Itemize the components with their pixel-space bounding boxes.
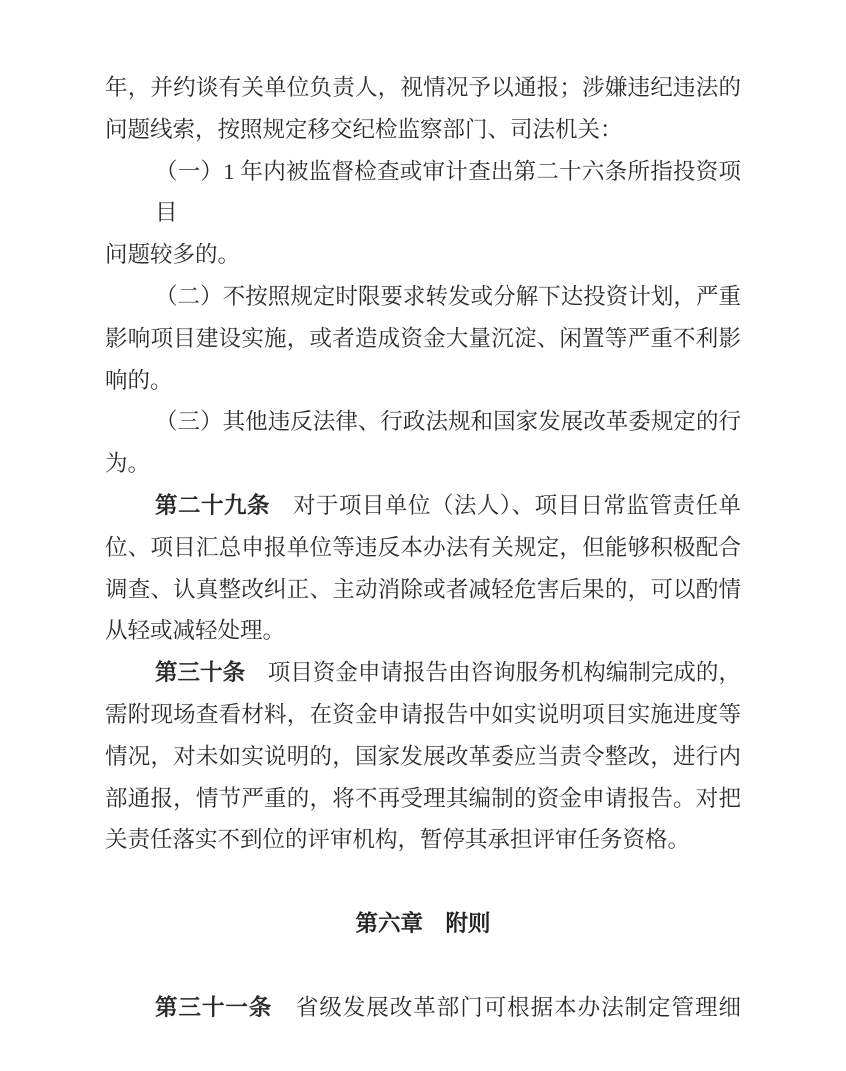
- text-line: 关责任落实不到位的评审机构，暂停其承担评审任务资格。: [105, 819, 741, 861]
- text-line: 第二十九条 对于项目单位（法人）、项目日常监管责任单: [105, 485, 741, 527]
- text-line: （二）不按照规定时限要求转发或分解下达投资计划，严重: [105, 276, 741, 318]
- article-number: 第三十一条: [155, 995, 272, 1020]
- text-line: （一）1 年内被监督检查或审计查出第二十六条所指投资项目: [105, 151, 741, 235]
- text-line: 影响项目建设实施，或者造成资金大量沉淀、闲置等严重不利影: [105, 318, 741, 360]
- document-body: 年，并约谈有关单位负责人，视情况予以通报；涉嫌违纪违法的问题线索，按照规定移交纪…: [105, 67, 741, 1028]
- text-line: 调查、认真整改纠正、主动消除或者减轻危害后果的，可以酌情: [105, 569, 741, 611]
- text-line: 年，并约谈有关单位负责人，视情况予以通报；涉嫌违纪违法的: [105, 67, 741, 109]
- text-line: 响的。: [105, 360, 741, 402]
- text-line: 第三十条 项目资金申请报告由咨询服务机构编制完成的，: [105, 652, 741, 694]
- article-number: 第二十九条: [155, 493, 270, 518]
- text-line: 情况，对未如实说明的，国家发展改革委应当责令整改，进行内: [105, 736, 741, 778]
- text-line: 位、项目汇总申报单位等违反本办法有关规定，但能够积极配合: [105, 527, 741, 569]
- text-line: 问题较多的。: [105, 234, 741, 276]
- document-page: 年，并约谈有关单位负责人，视情况予以通报；涉嫌违纪违法的问题线索，按照规定移交纪…: [0, 0, 846, 1071]
- text-line: 需附现场查看材料，在资金申请报告中如实说明项目实施进度等: [105, 694, 741, 736]
- text-line: 部通报，情节严重的，将不再受理其编制的资金申请报告。对把: [105, 778, 741, 820]
- text-line: 问题线索，按照规定移交纪检监察部门、司法机关：: [105, 109, 741, 151]
- text-line: 从轻或减轻处理。: [105, 610, 741, 652]
- text-line: 为。: [105, 443, 741, 485]
- article-number: 第三十条: [155, 660, 245, 685]
- text-line: （三）其他违反法律、行政法规和国家发展改革委规定的行: [105, 401, 741, 443]
- chapter-heading: 第六章 附则: [105, 903, 741, 945]
- text-line: 第三十一条 省级发展改革部门可根据本办法制定管理细: [105, 987, 741, 1029]
